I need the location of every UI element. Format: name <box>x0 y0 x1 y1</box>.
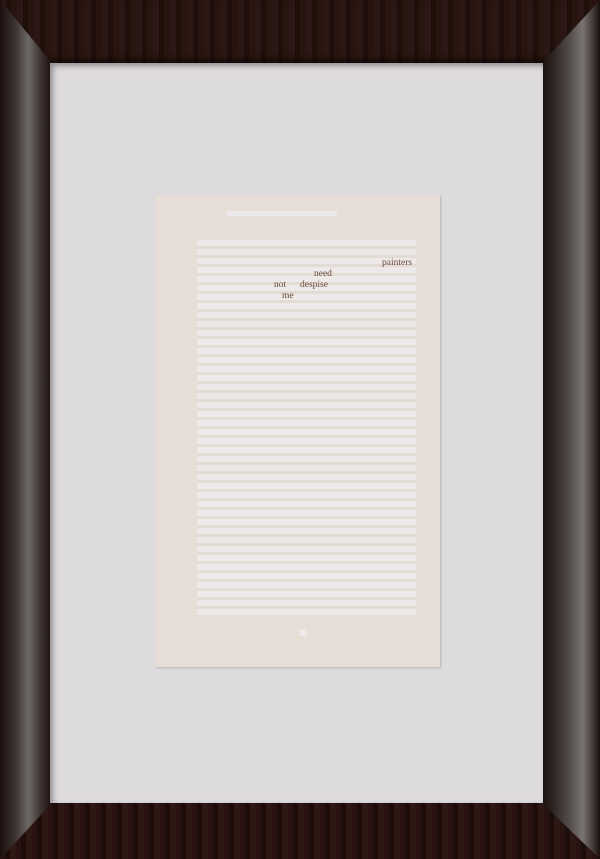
mat-board: painters need not despise me <box>50 63 543 803</box>
book-page: painters need not despise me <box>155 195 440 667</box>
frame-top-rail <box>0 0 600 63</box>
erased-running-header <box>227 211 337 216</box>
frame-right-rail <box>542 0 600 859</box>
frame-left-rail <box>0 0 52 859</box>
erased-page-number <box>300 629 307 636</box>
frame-bottom-rail <box>0 803 600 859</box>
picture-frame: painters need not despise me <box>0 0 600 859</box>
word-not: not <box>274 281 286 291</box>
word-me: me <box>282 292 294 302</box>
word-need: need <box>314 270 332 280</box>
word-despise: despise <box>300 281 328 291</box>
erased-text-block <box>197 240 416 615</box>
word-painters: painters <box>382 259 412 269</box>
